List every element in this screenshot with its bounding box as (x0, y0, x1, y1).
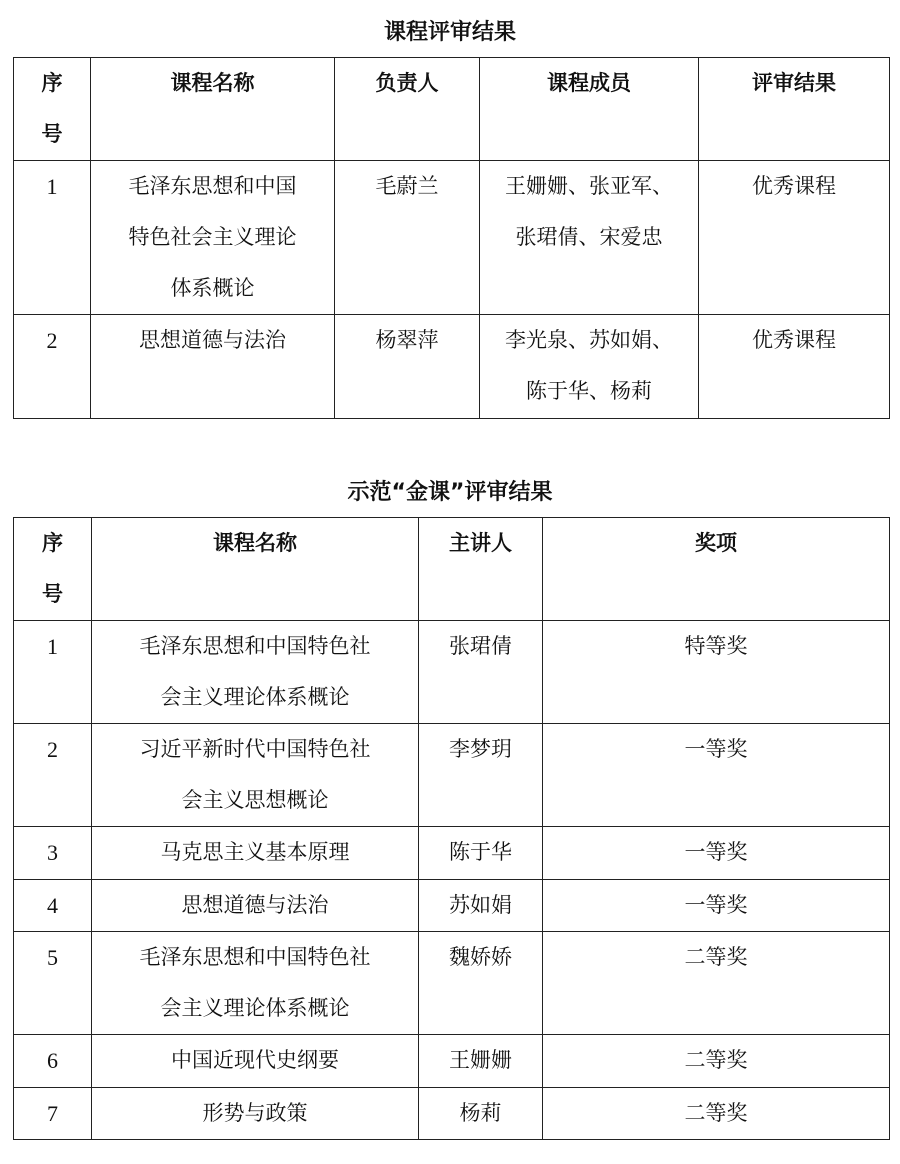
header-lead: 负责人 (335, 58, 480, 161)
cell-award: 一等奖 (543, 827, 890, 880)
cell-lead: 杨翠萍 (335, 315, 480, 419)
table-row: 3 马克思主义基本原理 陈于华 一等奖 (14, 827, 890, 880)
member-line: 张珺倩、宋爱忠 (484, 212, 694, 263)
cell-seq: 6 (14, 1035, 92, 1088)
cell-seq: 1 (14, 161, 91, 315)
course-line: 会主义理论体系概论 (96, 672, 414, 723)
header-seq: 序 号 (14, 518, 92, 621)
course-line: 毛泽东思想和中国特色社 (96, 932, 414, 983)
cell-seq: 7 (14, 1088, 92, 1140)
header-members: 课程成员 (480, 58, 699, 161)
cell-award: 一等奖 (543, 880, 890, 932)
table-header-row: 序 号 课程名称 主讲人 奖项 (14, 518, 890, 621)
header-seq: 序 号 (14, 58, 91, 161)
table2-title: 示范“金课”评审结果 (0, 478, 900, 508)
table-row: 7 形势与政策 杨莉 二等奖 (14, 1088, 890, 1140)
table-row: 5 毛泽东思想和中国特色社 会主义理论体系概论 魏娇娇 二等奖 (14, 932, 890, 1035)
header-result: 评审结果 (699, 58, 890, 161)
cell-award: 二等奖 (543, 932, 890, 1035)
cell-seq: 3 (14, 827, 92, 880)
cell-speaker: 张珺倩 (419, 621, 543, 724)
cell-lead: 毛蔚兰 (335, 161, 480, 315)
course-line: 会主义思想概论 (96, 775, 414, 826)
course-line: 习近平新时代中国特色社 (96, 724, 414, 775)
member-line: 李光泉、苏如娟、 (484, 315, 694, 366)
cell-award: 特等奖 (543, 621, 890, 724)
course-review-table: 序 号 课程名称 负责人 课程成员 评审结果 1 毛泽东思想和中国 特色社会主义… (13, 57, 890, 419)
cell-course-name: 中国近现代史纲要 (92, 1035, 419, 1088)
header-seq-line: 序 (18, 518, 87, 569)
cell-speaker: 陈于华 (419, 827, 543, 880)
cell-seq: 4 (14, 880, 92, 932)
cell-course-name: 马克思主义基本原理 (92, 827, 419, 880)
gold-course-table: 序 号 课程名称 主讲人 奖项 1 毛泽东思想和中国特色社 会主义理论体系概论 … (13, 517, 890, 1140)
cell-members: 李光泉、苏如娟、 陈于华、杨莉 (480, 315, 699, 419)
cell-course-name: 毛泽东思想和中国特色社 会主义理论体系概论 (92, 932, 419, 1035)
table1-title: 课程评审结果 (0, 18, 900, 48)
cell-speaker: 李梦玥 (419, 724, 543, 827)
member-line: 陈于华、杨莉 (484, 366, 694, 417)
course-line: 思想道德与法治 (95, 315, 330, 366)
cell-speaker: 苏如娟 (419, 880, 543, 932)
cell-speaker: 王姗姗 (419, 1035, 543, 1088)
header-seq-line: 号 (18, 109, 86, 160)
cell-seq: 5 (14, 932, 92, 1035)
table-row: 2 思想道德与法治 杨翠萍 李光泉、苏如娟、 陈于华、杨莉 优秀课程 (14, 315, 890, 419)
member-line: 王姗姗、张亚军、 (484, 161, 694, 212)
header-course-name: 课程名称 (91, 58, 335, 161)
cell-course-name: 形势与政策 (92, 1088, 419, 1140)
cell-speaker: 杨莉 (419, 1088, 543, 1140)
course-line: 体系概论 (95, 263, 330, 314)
table-row: 2 习近平新时代中国特色社 会主义思想概论 李梦玥 一等奖 (14, 724, 890, 827)
cell-course-name: 毛泽东思想和中国特色社 会主义理论体系概论 (92, 621, 419, 724)
cell-result: 优秀课程 (699, 315, 890, 419)
header-seq-line: 序 (18, 58, 86, 109)
cell-award: 二等奖 (543, 1088, 890, 1140)
cell-course-name: 毛泽东思想和中国 特色社会主义理论 体系概论 (91, 161, 335, 315)
course-line: 毛泽东思想和中国特色社 (96, 621, 414, 672)
header-award: 奖项 (543, 518, 890, 621)
header-seq-line: 号 (18, 569, 87, 620)
cell-seq: 1 (14, 621, 92, 724)
cell-members: 王姗姗、张亚军、 张珺倩、宋爱忠 (480, 161, 699, 315)
cell-seq: 2 (14, 315, 91, 419)
cell-course-name: 思想道德与法治 (91, 315, 335, 419)
cell-result: 优秀课程 (699, 161, 890, 315)
cell-speaker: 魏娇娇 (419, 932, 543, 1035)
cell-course-name: 习近平新时代中国特色社 会主义思想概论 (92, 724, 419, 827)
cell-award: 二等奖 (543, 1035, 890, 1088)
table-row: 1 毛泽东思想和中国特色社 会主义理论体系概论 张珺倩 特等奖 (14, 621, 890, 724)
header-course-name: 课程名称 (92, 518, 419, 621)
header-speaker: 主讲人 (419, 518, 543, 621)
table-row: 1 毛泽东思想和中国 特色社会主义理论 体系概论 毛蔚兰 王姗姗、张亚军、 张珺… (14, 161, 890, 315)
table-header-row: 序 号 课程名称 负责人 课程成员 评审结果 (14, 58, 890, 161)
course-line: 特色社会主义理论 (95, 212, 330, 263)
cell-seq: 2 (14, 724, 92, 827)
table-row: 6 中国近现代史纲要 王姗姗 二等奖 (14, 1035, 890, 1088)
course-line: 毛泽东思想和中国 (95, 161, 330, 212)
table-row: 4 思想道德与法治 苏如娟 一等奖 (14, 880, 890, 932)
cell-course-name: 思想道德与法治 (92, 880, 419, 932)
course-line: 会主义理论体系概论 (96, 983, 414, 1034)
cell-award: 一等奖 (543, 724, 890, 827)
